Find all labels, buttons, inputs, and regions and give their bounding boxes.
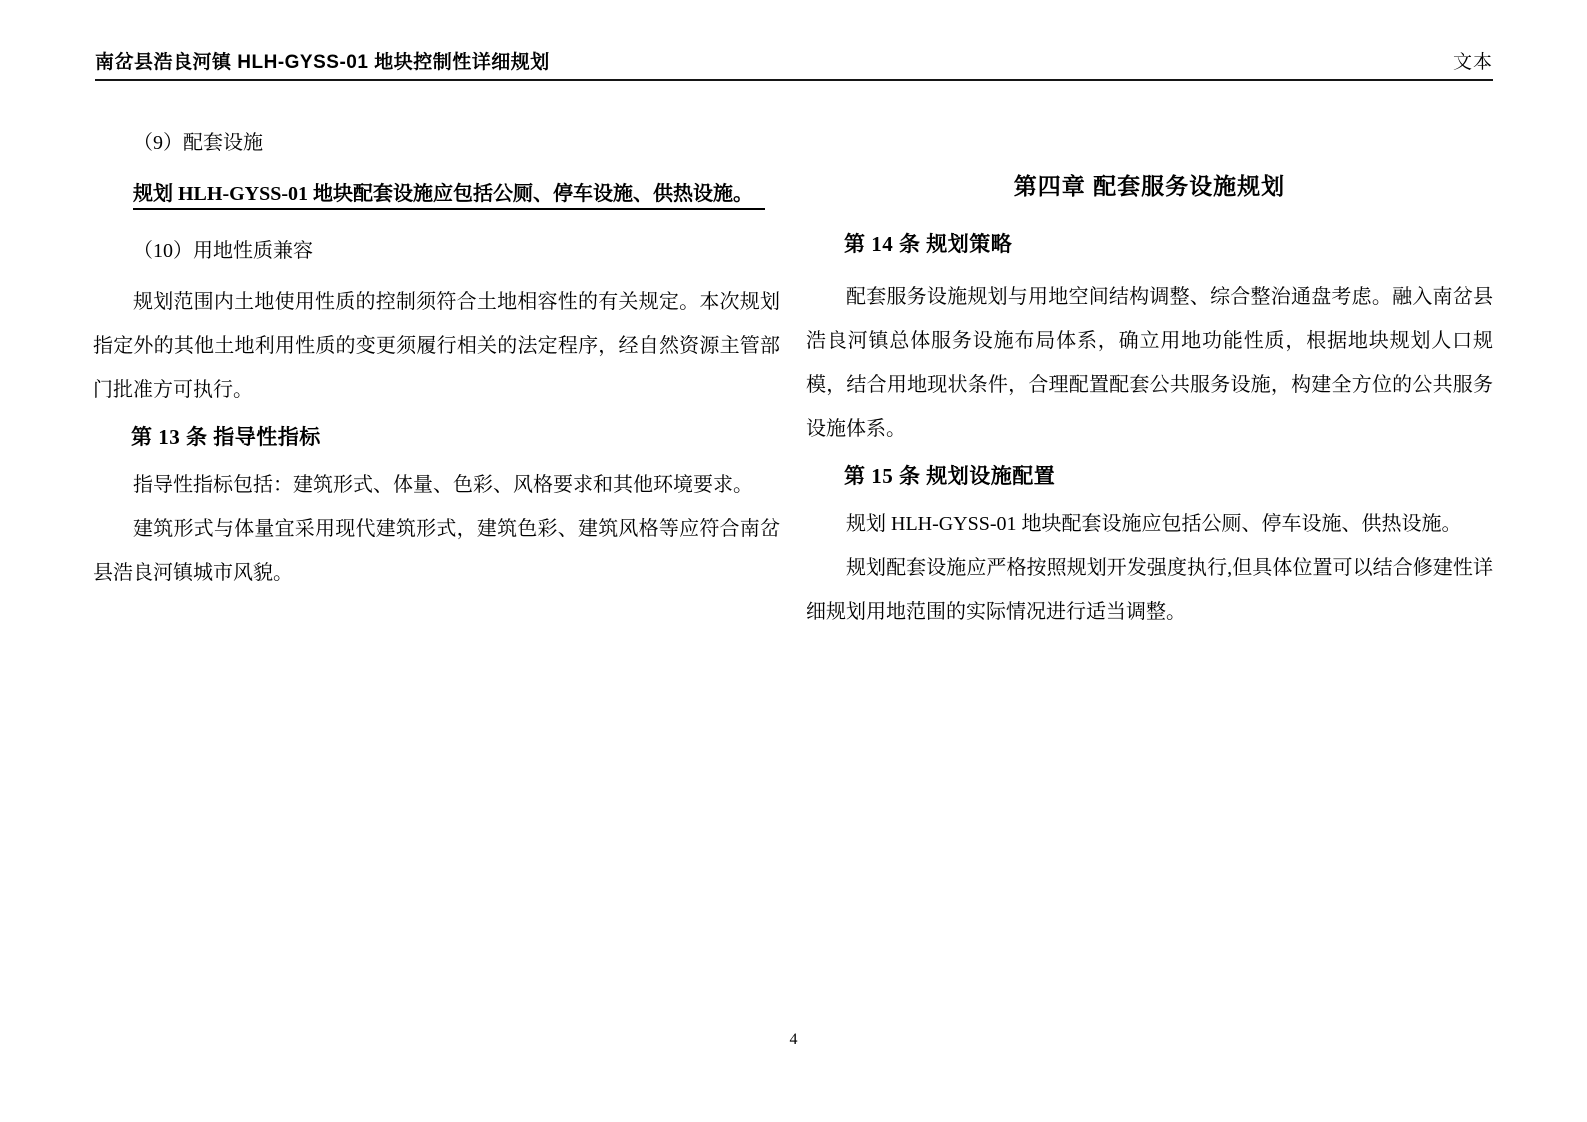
header-doc-title: 南岔县浩良河镇 HLH-GYSS-01 地块控制性详细规划 <box>95 52 550 74</box>
page-header: 南岔县浩良河镇 HLH-GYSS-01 地块控制性详细规划 文本 <box>95 52 1493 81</box>
header-doc-type-label: 文本 <box>1453 52 1493 74</box>
clause-14-heading: 第 14 条 规划策略 <box>806 222 1493 266</box>
left-column: （9）配套设施 规划 HLH-GYSS-01 地块配套设施应包括公厕、停车设施、… <box>93 120 780 634</box>
item-9-content: 规划 HLH-GYSS-01 地块配套设施应包括公厕、停车设施、供热设施。 <box>93 172 780 216</box>
clause-15-paragraph-1: 规划 HLH-GYSS-01 地块配套设施应包括公厕、停车设施、供热设施。 <box>806 502 1493 546</box>
clause-15-paragraph-2: 规划配套设施应严格按照规划开发强度执行,但具体位置可以结合修建性详细规划用地范围… <box>806 546 1493 634</box>
page-number: 4 <box>790 1031 798 1048</box>
item-9-label: （9）配套设施 <box>93 121 780 165</box>
clause-15-heading: 第 15 条 规划设施配置 <box>806 454 1493 498</box>
document-page: 南岔县浩良河镇 HLH-GYSS-01 地块控制性详细规划 文本 （9）配套设施… <box>0 0 1587 1122</box>
chapter-4-title: 第四章 配套服务设施规划 <box>806 164 1493 208</box>
two-column-body: （9）配套设施 规划 HLH-GYSS-01 地块配套设施应包括公厕、停车设施、… <box>93 120 1493 634</box>
clause-14-paragraph: 配套服务设施规划与用地空间结构调整、综合整治通盘考虑。融入南岔县浩良河镇总体服务… <box>806 275 1493 451</box>
clause-13-heading: 第 13 条 指导性指标 <box>93 415 780 459</box>
right-column: 第四章 配套服务设施规划 第 14 条 规划策略 配套服务设施规划与用地空间结构… <box>806 120 1493 634</box>
item-9-underlined-text: 规划 HLH-GYSS-01 地块配套设施应包括公厕、停车设施、供热设施。 <box>133 183 765 210</box>
clause-13-paragraph-1: 指导性指标包括：建筑形式、体量、色彩、风格要求和其他环境要求。 <box>93 463 780 507</box>
item-10-paragraph: 规划范围内土地使用性质的控制须符合土地相容性的有关规定。本次规划指定外的其他土地… <box>93 280 780 412</box>
item-10-label: （10）用地性质兼容 <box>93 229 780 273</box>
clause-13-paragraph-2: 建筑形式与体量宜采用现代建筑形式，建筑色彩、建筑风格等应符合南岔县浩良河镇城市风… <box>93 507 780 595</box>
page-footer: 4 <box>0 1030 1587 1050</box>
